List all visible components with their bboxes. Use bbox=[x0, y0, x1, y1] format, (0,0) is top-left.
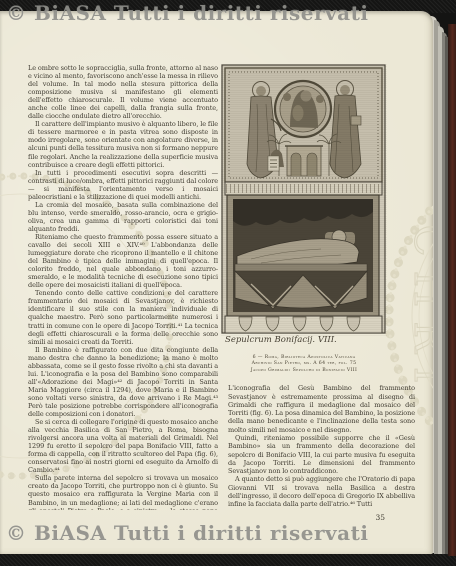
body-paragraph: Quindi, riteniamo possibile supporre che… bbox=[228, 434, 415, 475]
body-paragraph: Sulla parete interna del sepolcro si tro… bbox=[28, 474, 218, 510]
body-paragraph: A quanto detto si può aggiungere che l'O… bbox=[228, 475, 415, 508]
left-text-column: Le ombre sotto le sopracciglia, sulla fr… bbox=[28, 64, 218, 510]
caption-line: Jacopo Grimaldi: Sepolcro di Bonifacio V… bbox=[221, 368, 387, 374]
right-column-paragraphs: L'iconografia del Gesù Bambino del framm… bbox=[228, 384, 415, 508]
body-paragraph: Riteniamo che questo frammento possa ess… bbox=[28, 233, 218, 289]
body-paragraph: Il carattere dell'impianto musivo è alqu… bbox=[28, 120, 218, 168]
engraving-inscription: Sepulcrum Bonifacij. VIII. bbox=[225, 335, 337, 344]
body-paragraph: Se si cerca di collegare l'origine di qu… bbox=[28, 418, 218, 474]
body-paragraph: In tutti i procedimenti esecutivi sopra … bbox=[28, 169, 218, 201]
body-paragraph: Tenendo conto delle cattive condizioni e… bbox=[28, 289, 218, 345]
copyright-watermark-bottom: © BiASA Tutti i diritti riservati bbox=[6, 521, 368, 545]
scan-background-bottom bbox=[0, 552, 456, 566]
shrine-building bbox=[285, 146, 323, 176]
figure-sepolcro-bonifacio: Sepulcrum Bonifacij. VIII. 6 — Roma, Bib… bbox=[221, 64, 387, 374]
body-paragraph: L'iconografia del Gesù Bambino del framm… bbox=[228, 384, 415, 434]
scanned-page: CHRI Le ombre sotto le sopracciglia, sul… bbox=[0, 11, 433, 554]
body-paragraph: Il Bambino è raffigurato con due dita co… bbox=[28, 346, 218, 418]
body-paragraph: La cromia del mosaico, basata sulla comb… bbox=[28, 201, 218, 233]
body-paragraph: Le ombre sotto le sopracciglia, sulla fr… bbox=[28, 64, 218, 120]
right-text-column: Sepulcrum Bonifacij. VIII. 6 — Roma, Bib… bbox=[228, 64, 415, 509]
engraving-plate: Sepulcrum Bonifacij. VIII. bbox=[221, 64, 387, 348]
book-cover-edge bbox=[448, 24, 456, 556]
figure-caption: 6 — Roma, Biblioteca Apostolica Vaticana… bbox=[221, 355, 387, 374]
left-column-paragraphs: Le ombre sotto le sopracciglia, sulla fr… bbox=[28, 64, 218, 510]
copyright-watermark-top: © BiASA Tutti i diritti riservati bbox=[6, 1, 368, 25]
